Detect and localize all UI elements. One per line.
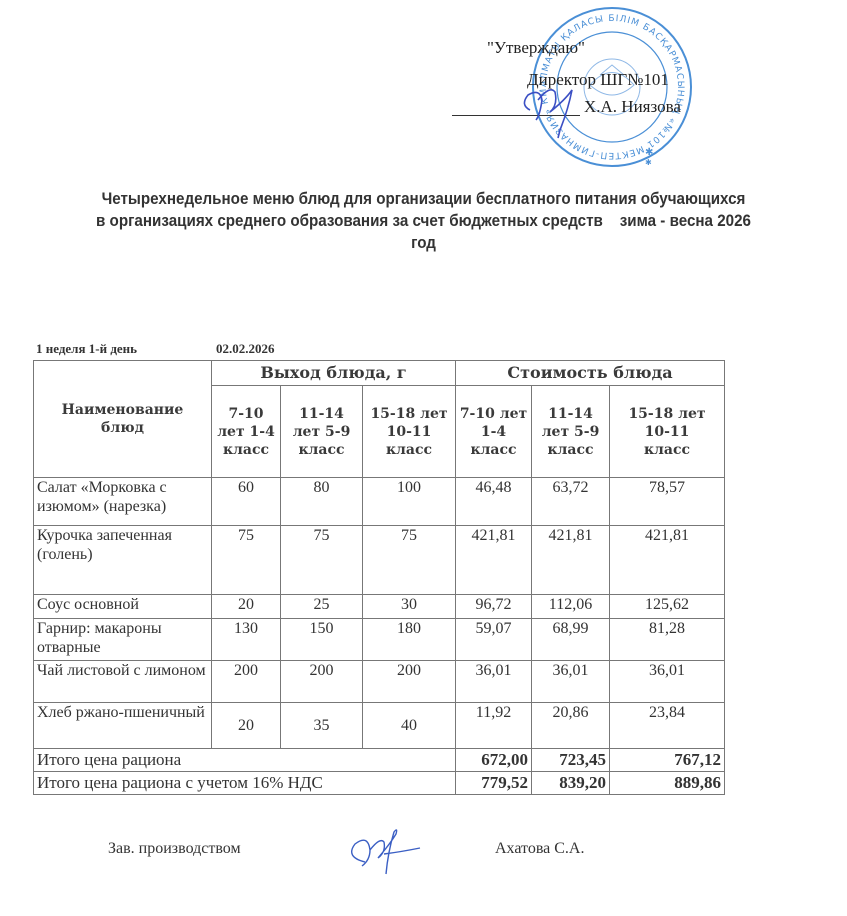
cost-value: 36,01	[532, 661, 610, 703]
yield-value: 20	[212, 703, 281, 749]
cost-value: 421,81	[610, 526, 725, 595]
menu-body: Салат «Морковка с изюмом» (нарезка)60801…	[34, 478, 725, 795]
day-date: 02.02.2026	[216, 341, 275, 357]
table-row: Салат «Морковка с изюмом» (нарезка)60801…	[34, 478, 725, 526]
yield-value: 30	[363, 595, 456, 619]
header-yield-col: 7-10 лет 1-4 класс	[212, 386, 281, 478]
yield-value: 75	[363, 526, 456, 595]
dish-name: Чай листовой с лимоном	[34, 661, 212, 703]
header-cost-col: 15-18 лет 10-11 класс	[610, 386, 725, 478]
dish-name: Курочка запеченная (голень)	[34, 526, 212, 595]
yield-value: 60	[212, 478, 281, 526]
table-row: Чай листовой с лимоном20020020036,0136,0…	[34, 661, 725, 703]
cost-value: 36,01	[456, 661, 532, 703]
cost-value: 421,81	[532, 526, 610, 595]
day-label: 1 неделя 1-й день	[36, 341, 137, 357]
total-value: 839,20	[532, 772, 610, 795]
header-cost-group: Стоимость блюда	[456, 361, 725, 386]
total-label: Итого цена рациона	[34, 749, 456, 772]
title-line-3: год	[52, 232, 794, 254]
yield-value: 200	[281, 661, 363, 703]
header-yield-col: 15-18 лет 10-11 класс	[363, 386, 456, 478]
cost-value: 46,48	[456, 478, 532, 526]
dish-name: Хлеб ржано-пшеничный	[34, 703, 212, 749]
table-row: Хлеб ржано-пшеничный20354011,9220,8623,8…	[34, 703, 725, 749]
title-line-2: в организациях среднего образования за с…	[52, 210, 794, 232]
yield-value: 200	[363, 661, 456, 703]
title-line-1: Четырехнедельное меню блюд для организац…	[52, 188, 794, 210]
yield-value: 180	[363, 619, 456, 661]
yield-value: 150	[281, 619, 363, 661]
table-row: Гарнир: макароны отварные13015018059,076…	[34, 619, 725, 661]
cost-value: 125,62	[610, 595, 725, 619]
cost-value: 63,72	[532, 478, 610, 526]
production-chief-position: Зав. производством	[108, 840, 241, 858]
production-chief-name: Ахатова С.А.	[495, 840, 584, 858]
director-name: Х.А. Ниязова	[584, 97, 681, 117]
cost-value: 11,92	[456, 703, 532, 749]
total-value: 767,12	[610, 749, 725, 772]
cost-value: 78,57	[610, 478, 725, 526]
yield-value: 75	[281, 526, 363, 595]
dish-name: Соус основной	[34, 595, 212, 619]
total-row: Итого цена рациона672,00723,45767,12	[34, 749, 725, 772]
total-value: 672,00	[456, 749, 532, 772]
cost-value: 23,84	[610, 703, 725, 749]
dish-name: Гарнир: макароны отварные	[34, 619, 212, 661]
table-row: Курочка запеченная (голень)757575421,814…	[34, 526, 725, 595]
total-row: Итого цена рациона с учетом 16% НДС779,5…	[34, 772, 725, 795]
cost-value: 59,07	[456, 619, 532, 661]
cost-value: 112,06	[532, 595, 610, 619]
total-value: 779,52	[456, 772, 532, 795]
total-value: 889,86	[610, 772, 725, 795]
yield-value: 35	[281, 703, 363, 749]
cost-value: 20,86	[532, 703, 610, 749]
svg-text:✱: ✱	[645, 158, 652, 167]
yield-value: 130	[212, 619, 281, 661]
yield-value: 75	[212, 526, 281, 595]
yield-value: 80	[281, 478, 363, 526]
total-value: 723,45	[532, 749, 610, 772]
director-signature-icon	[510, 70, 590, 140]
yield-value: 200	[212, 661, 281, 703]
chief-signature-icon	[340, 822, 430, 877]
cost-value: 96,72	[456, 595, 532, 619]
header-cost-col: 7-10 лет 1-4 класс	[456, 386, 532, 478]
header-yield-group: Выход блюда, г	[212, 361, 456, 386]
dish-name: Салат «Морковка с изюмом» (нарезка)	[34, 478, 212, 526]
yield-value: 25	[281, 595, 363, 619]
cost-value: 81,28	[610, 619, 725, 661]
yield-value: 20	[212, 595, 281, 619]
cost-value: 421,81	[456, 526, 532, 595]
yield-value: 40	[363, 703, 456, 749]
approval-heading: "Утверждаю"	[487, 38, 585, 58]
header-cost-col: 11-14 лет 5-9 класс	[532, 386, 610, 478]
header-dish-name: Наименование блюд	[34, 361, 212, 478]
yield-value: 100	[363, 478, 456, 526]
svg-text:✱: ✱	[645, 147, 653, 158]
total-label: Итого цена рациона с учетом 16% НДС	[34, 772, 456, 795]
cost-value: 36,01	[610, 661, 725, 703]
document-title: Четырехнедельное меню блюд для организац…	[52, 188, 794, 254]
table-row: Соус основной20253096,72112,06125,62	[34, 595, 725, 619]
menu-table: Наименование блюд Выход блюда, г Стоимос…	[33, 360, 725, 795]
header-yield-col: 11-14 лет 5-9 класс	[281, 386, 363, 478]
cost-value: 68,99	[532, 619, 610, 661]
